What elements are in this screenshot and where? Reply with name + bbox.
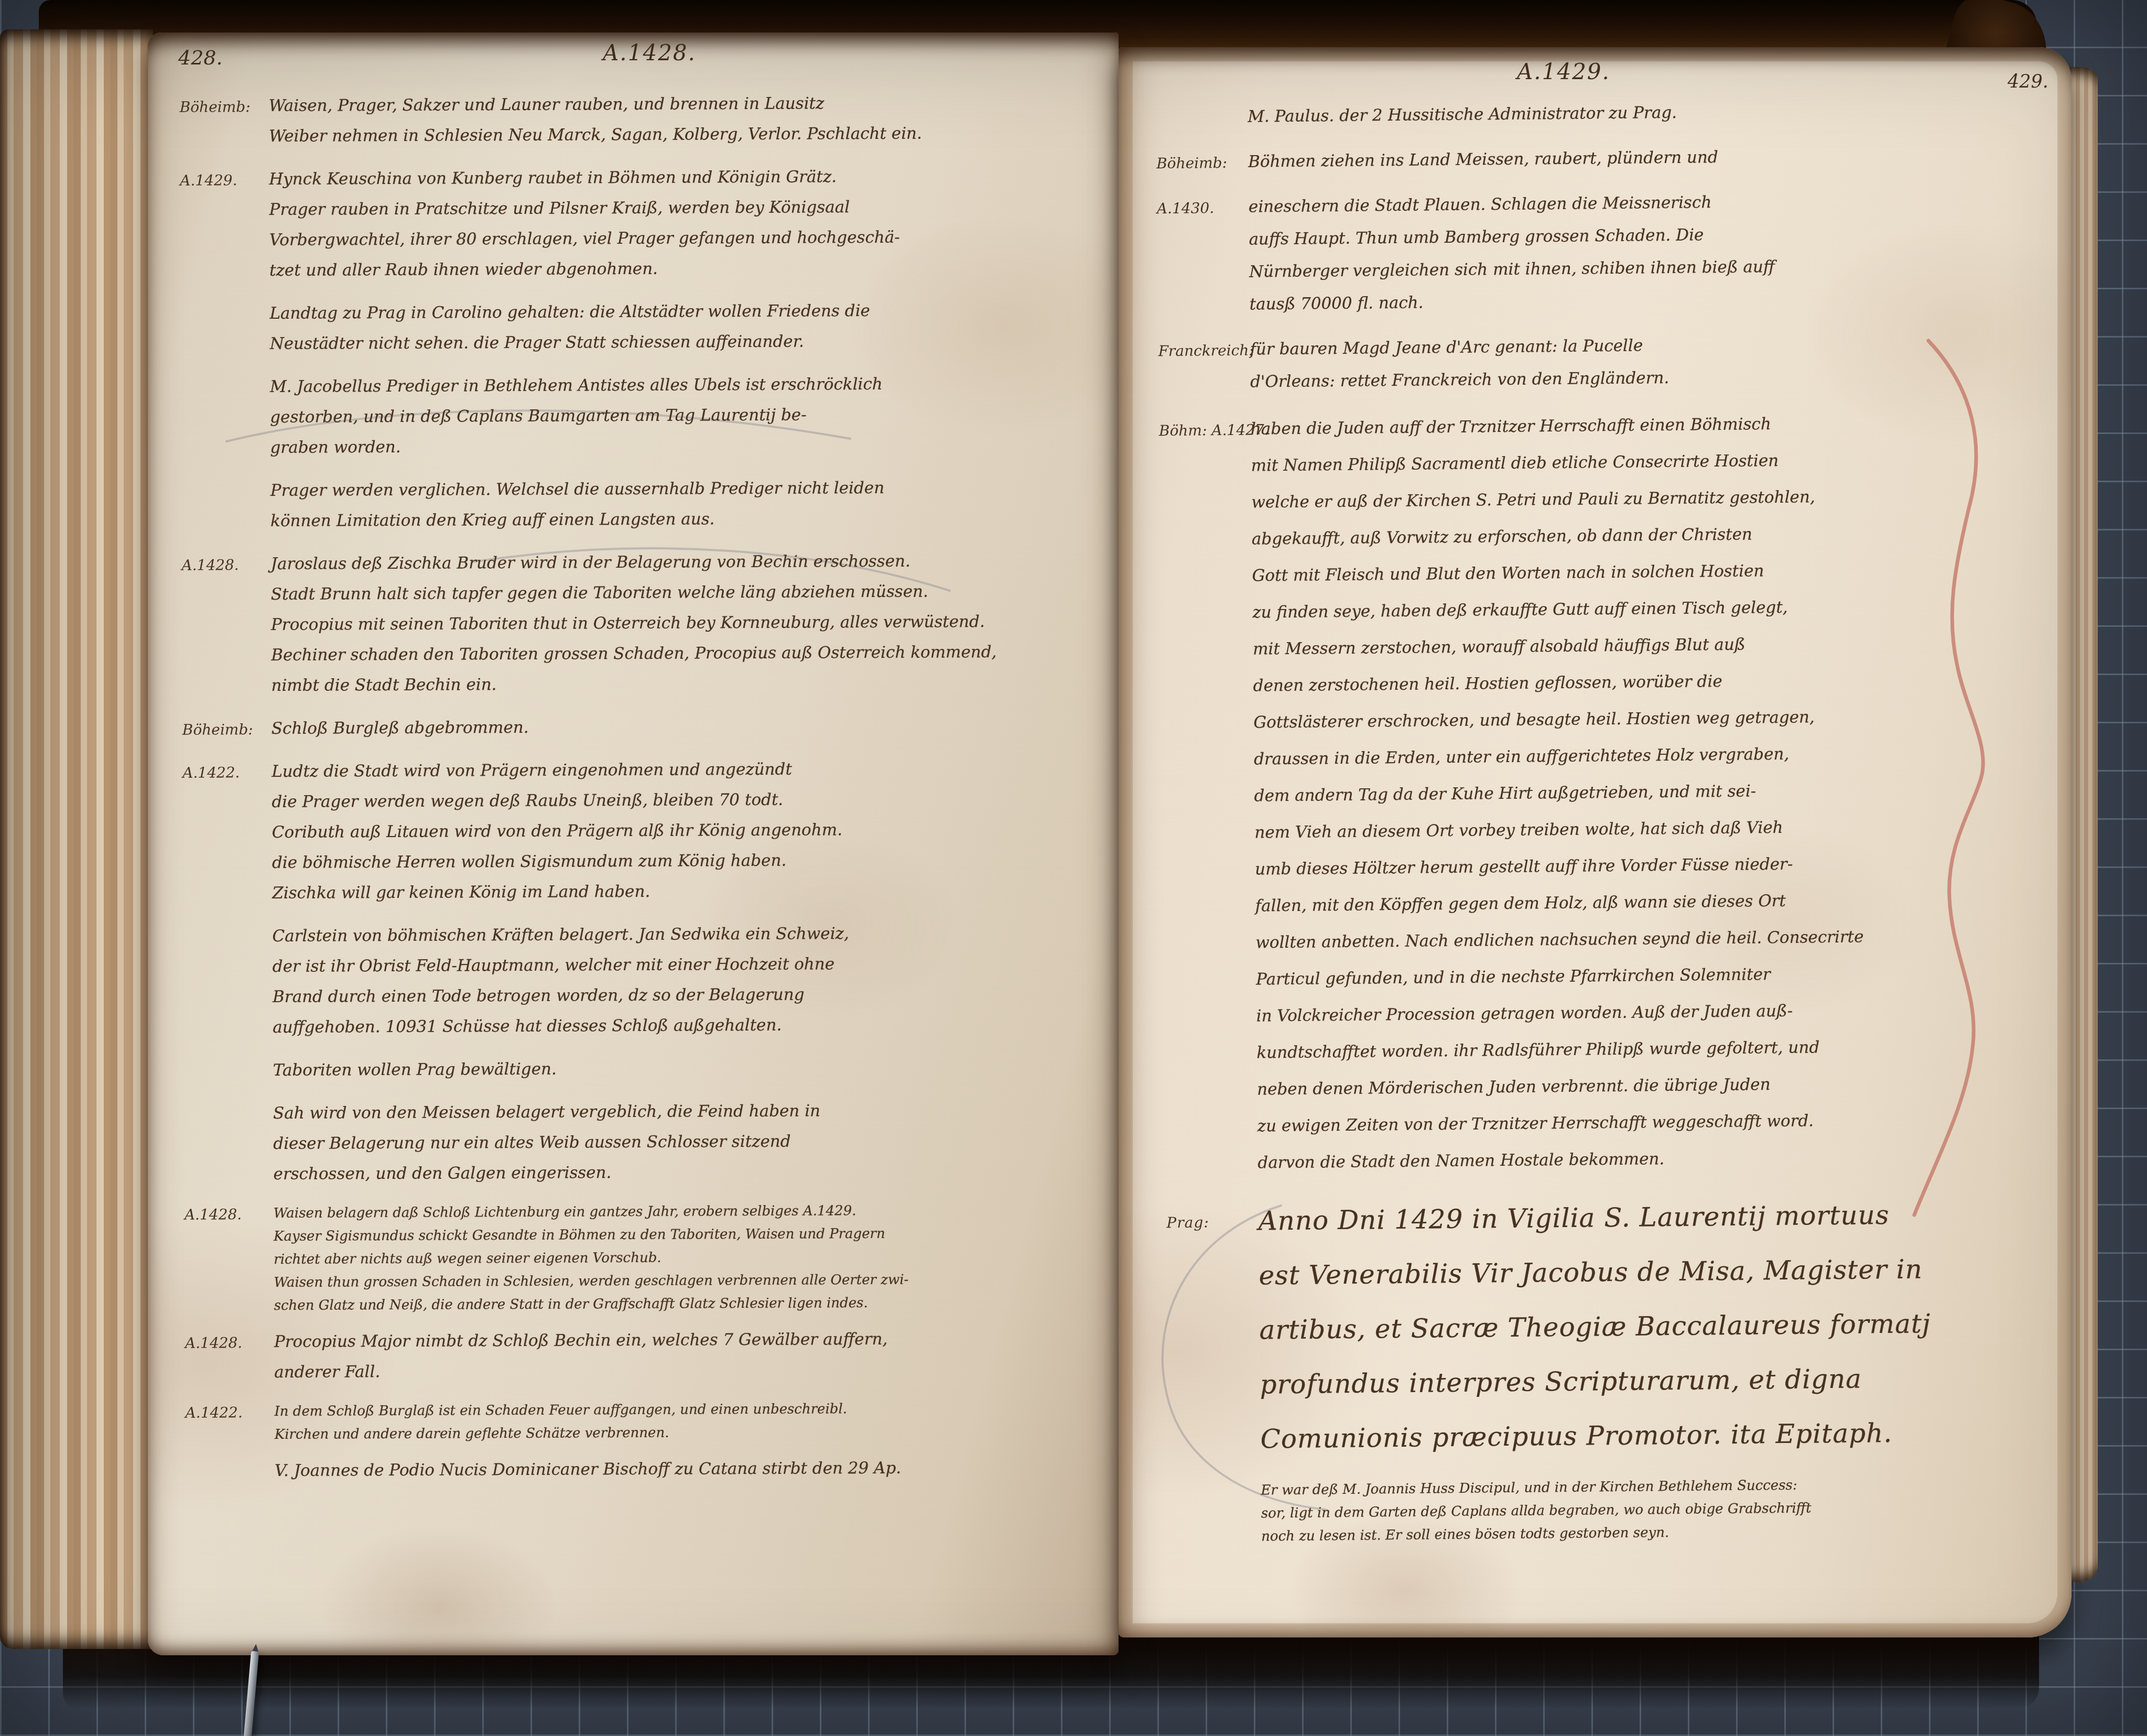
margin-year-label: A.1430. — [1157, 192, 1215, 225]
handwritten-line: Anno Dni 1429 in Vigilia S. Laurentij mo… — [1258, 1187, 2004, 1249]
handwritten-line: die böhmische Herren wollen Sigismundum … — [272, 844, 1093, 878]
margin-year-label: A.1428. — [185, 1203, 242, 1226]
handwritten-line: M. Jacobellus Prediger in Bethlehem Anti… — [270, 368, 1091, 402]
entry-block: V. Joannes de Podio Nucis Dominicaner Bi… — [275, 1452, 1096, 1486]
handwritten-line: Stadt Brunn halt sich tapfer gegen die T… — [271, 576, 1092, 610]
handwritten-line: tzet und aller Raub ihnen wieder abgenoh… — [269, 252, 1090, 286]
handwritten-line: Vorbergwachtel, ihrer 80 erschlagen, vie… — [269, 221, 1090, 255]
margin-year-label: A.1428. — [181, 550, 239, 580]
handwritten-line: dieser Belagerung nur ein altes Weib aus… — [273, 1125, 1094, 1159]
handwritten-line: Carlstein von böhmischen Kräften belager… — [272, 917, 1093, 951]
handwritten-line: Kayser Sigismundus schickt Gesandte in B… — [274, 1221, 1094, 1248]
entry-block: Carlstein von böhmischen Kräften belager… — [272, 917, 1093, 1043]
margin-year-label: Böheimb: — [179, 92, 250, 123]
left-page: 428. A.1428. Böheimb:Waisen, Prager, Sak… — [148, 32, 1119, 1655]
handwritten-line: schen Glatz und Neiß, die andere Statt i… — [274, 1290, 1095, 1317]
entry-block: A.1428.Jaroslaus deß Zischka Bruder wird… — [270, 545, 1092, 701]
handwritten-line: darvon die Stadt den Namen Hostale bekom… — [1257, 1137, 2004, 1181]
margin-year-label: Böheimb: — [1156, 147, 1227, 180]
margin-year-label: Böhm: A.1427. — [1159, 411, 1269, 449]
handwritten-line: Zischka will gar keinen König im Land ha… — [272, 874, 1093, 908]
handwritten-line: gestorben, und in deß Caplans Baumgarten… — [270, 398, 1091, 432]
handwritten-line: auffgehoben. 10931 Schüsse hat diesses S… — [273, 1008, 1093, 1043]
handwritten-line: anderer Fall. — [274, 1353, 1095, 1387]
entry-block: Böheimb:Waisen, Prager, Sakzer und Laune… — [268, 87, 1089, 151]
handwritten-line: profundus interpres Scripturarum, et dig… — [1260, 1350, 2006, 1412]
entry-block: A.1430.eineschern die Stadt Plauen. Schl… — [1249, 183, 1996, 321]
handwritten-line: Coributh auß Litauen wird von den Präger… — [272, 813, 1093, 848]
margin-year-label: A.1422. — [182, 757, 240, 788]
stacked-page-edges-left — [0, 29, 153, 1649]
handwritten-line: Schloß Burgleß abgebrommen. — [272, 710, 1092, 744]
handwritten-line: können Limitation den Krieg auff einen L… — [270, 502, 1091, 536]
margin-year-label: Prag: — [1166, 1195, 1209, 1250]
handwritten-line: M. Paulus. der 2 Hussitische Administrat… — [1248, 93, 1994, 133]
margin-year-label: Böheimb: — [182, 714, 253, 745]
handwritten-line: die Prager werden wegen deß Raubs Uneinß… — [272, 783, 1092, 817]
handwritten-line: Procopius mit seinen Taboriten thut in O… — [271, 606, 1092, 640]
margin-year-label: Franckreich: — [1158, 334, 1254, 368]
entry-block: Böheimb:Schloß Burgleß abgebrommen. — [272, 710, 1092, 744]
entry-block: A.1422.Ludtz die Stadt wird von Prägern … — [272, 753, 1093, 908]
handwritten-line: erschossen, und den Galgen eingerissen. — [273, 1155, 1094, 1189]
handwritten-line: Waisen belagern daß Schloß Lichtenburg e… — [274, 1198, 1094, 1225]
entry-block: Prager werden verglichen. Welchsel die a… — [270, 472, 1091, 536]
handwritten-line: Brand durch einen Tode betrogen worden, … — [273, 978, 1093, 1012]
handwritten-line: V. Joannes de Podio Nucis Dominicaner Bi… — [275, 1452, 1096, 1486]
handwritten-line: tausß 70000 fl. nach. — [1249, 281, 1996, 321]
left-page-text: Böheimb:Waisen, Prager, Sakzer und Laune… — [148, 28, 1125, 1655]
handwritten-line: Neustädter nicht sehen. die Prager Statt… — [269, 325, 1090, 359]
handwritten-line: Hynck Keuschina von Kunberg raubet in Bö… — [269, 160, 1090, 194]
right-page: 429. A.1429. M. Paulus. der 2 Hussitisch… — [1119, 47, 2072, 1637]
entry-block: Böheimb:Böhmen ziehen ins Land Meissen, … — [1248, 138, 1994, 178]
entry-block: M. Jacobellus Prediger in Bethlehem Anti… — [270, 368, 1091, 463]
handwritten-line: der ist ihr Obrist Feld-Hauptmann, welch… — [273, 948, 1093, 982]
margin-year-label: A.1422. — [185, 1401, 242, 1424]
handwritten-line: est Venerabilis Vir Jacobus de Misa, Mag… — [1259, 1241, 2005, 1303]
handwritten-line: Kirchen und andere darein geflehte Schät… — [275, 1419, 1096, 1446]
entry-block: Er war deß M. Joannis Huss Discipul, und… — [1261, 1472, 2007, 1548]
handwritten-line: Ludtz die Stadt wird von Prägern eingeno… — [272, 753, 1092, 787]
entry-block: Taboriten wollen Prag bewältigen. — [273, 1051, 1094, 1086]
right-page-text: M. Paulus. der 2 Hussitische Administrat… — [1119, 38, 2087, 1637]
handwritten-line: In dem Schloß Burglaß ist ein Schaden Fe… — [274, 1396, 1095, 1423]
handwritten-line: Böhmen ziehen ins Land Meissen, raubert,… — [1248, 138, 1994, 178]
entry-block: A.1429.Hynck Keuschina von Kunberg raube… — [269, 160, 1090, 286]
entry-block: A.1428.Procopius Major nimbt dz Schloß B… — [274, 1323, 1095, 1387]
handwritten-line: Prager rauben in Pratschitze und Pilsner… — [269, 191, 1090, 225]
handwritten-line: Prager werden verglichen. Welchsel die a… — [270, 472, 1091, 506]
margin-year-label: A.1428. — [185, 1328, 243, 1358]
handwritten-line: Landtag zu Prag in Carolino gehalten: di… — [269, 295, 1090, 329]
handwritten-line: Bechiner schaden den Taboriten grossen S… — [271, 636, 1092, 670]
entry-block: A.1428.Waisen belagern daß Schloß Lichte… — [274, 1198, 1095, 1317]
entry-block: Prag:Anno Dni 1429 in Vigilia S. Laurent… — [1258, 1187, 2007, 1467]
handwritten-line: Waisen thun grossen Schaden in Schlesien… — [274, 1267, 1094, 1294]
entry-block: Landtag zu Prag in Carolino gehalten: di… — [269, 295, 1090, 359]
handwritten-line: Sah wird von den Meissen belagert vergeb… — [273, 1094, 1094, 1129]
handwritten-line: Procopius Major nimbt dz Schloß Bechin e… — [274, 1323, 1095, 1357]
handwritten-line: d'Orleans: rettet Franckreich von den En… — [1250, 359, 1997, 398]
entry-block: A.1422.In dem Schloß Burglaß ist ein Sch… — [274, 1396, 1095, 1446]
handwritten-line: Jaroslaus deß Zischka Bruder wird in der… — [270, 545, 1091, 579]
manuscript-photo: 428. A.1428. Böheimb:Waisen, Prager, Sak… — [0, 0, 2147, 1736]
entry-block: Böhm: A.1427.haben die Juden auff der Tr… — [1251, 404, 2004, 1181]
handwritten-line: Waisen, Prager, Sakzer und Launer rauben… — [268, 87, 1089, 121]
handwritten-line: richtet aber nichts auß wegen seiner eig… — [274, 1244, 1094, 1271]
handwritten-line: graben worden. — [270, 429, 1091, 463]
handwritten-line: Comunionis præcipuus Promotor. ita Epita… — [1260, 1405, 2007, 1467]
handwritten-line: artibus, et Sacræ Theogiæ Baccalaureus f… — [1259, 1296, 2005, 1358]
handwritten-line: Weiber nehmen in Schlesien Neu Marck, Sa… — [269, 117, 1090, 151]
entry-block: M. Paulus. der 2 Hussitische Administrat… — [1248, 93, 1994, 133]
handwritten-line: Taboriten wollen Prag bewältigen. — [273, 1051, 1094, 1086]
entry-block: Sah wird von den Meissen belagert vergeb… — [273, 1094, 1094, 1189]
margin-year-label: A.1429. — [180, 165, 237, 196]
handwritten-line: nimbt die Stadt Bechin ein. — [271, 667, 1092, 701]
entry-block: Franckreich:für bauren Magd Jeane d'Arc … — [1250, 326, 1996, 398]
